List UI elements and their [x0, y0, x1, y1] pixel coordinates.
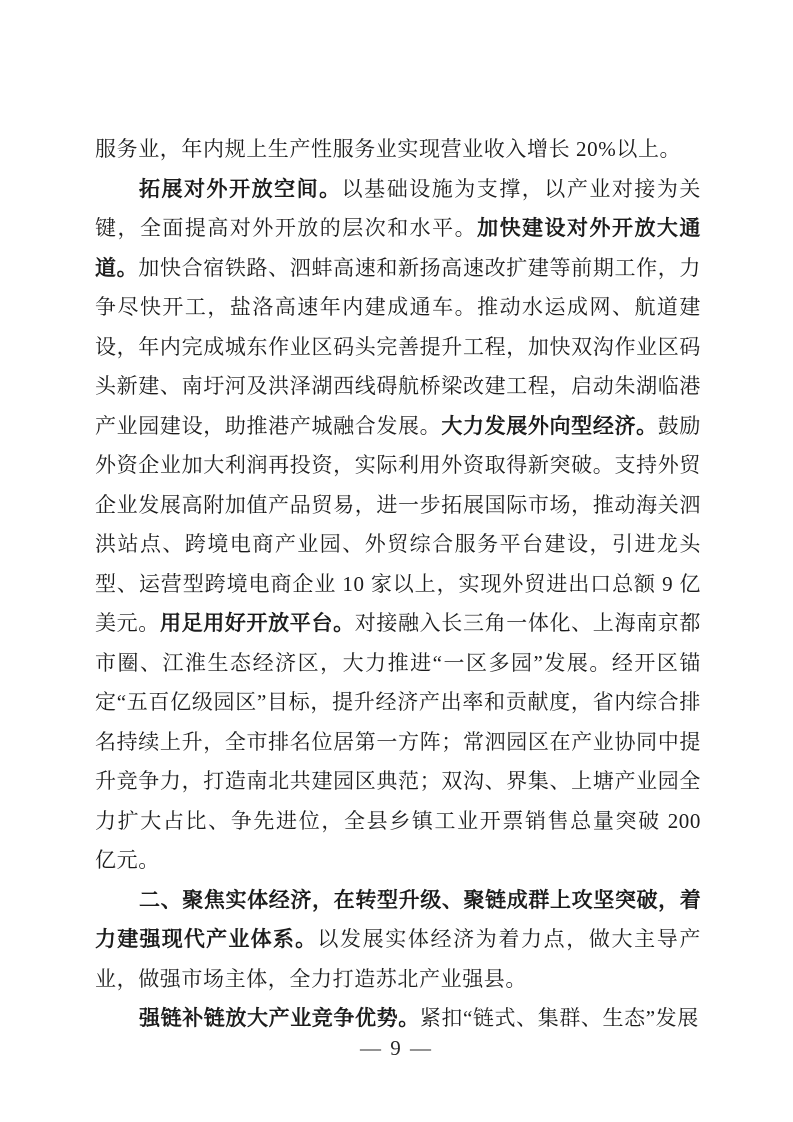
paragraph-section-two: 二、聚焦实体经济，在转型升级、聚链成群上攻坚突破，着力建强现代产业体系。以发展实… [95, 881, 701, 1000]
body-text: 服务业，年内规上生产性服务业实现营业收入增长 20%以上。 [95, 137, 681, 161]
bold-subheading: 大力发展外向型经济。 [441, 414, 657, 438]
page-number: — 9 — [360, 1036, 433, 1060]
body-text: 紧扣“链式、集群、生态”发展 [420, 1006, 699, 1030]
bold-subheading: 拓展对外开放空间。 [139, 177, 342, 201]
body-text: 对接融入长三角一体化、上海南京都市圈、江淮生态经济区，大力推进“一区多园”发展。… [95, 611, 701, 872]
page-footer: — 9 — [0, 1033, 793, 1063]
document-page: 服务业，年内规上生产性服务业实现营业收入增长 20%以上。 拓展对外开放空间。以… [0, 0, 793, 1122]
bold-subheading: 强链补链放大产业竞争优势。 [139, 1006, 420, 1030]
paragraph-continuation: 服务业，年内规上生产性服务业实现营业收入增长 20%以上。 [95, 130, 701, 170]
body-text: 加快合宿铁路、泗蚌高速和新扬高速改扩建等前期工作，力争尽快开工，盐洛高速年内建成… [95, 256, 701, 438]
paragraph-opening-up: 拓展对外开放空间。以基础设施为支撑，以产业对接为关键，全面提高对外开放的层次和水… [95, 170, 701, 881]
document-body: 服务业，年内规上生产性服务业实现营业收入增长 20%以上。 拓展对外开放空间。以… [95, 130, 701, 1039]
body-text: 鼓励外资企业加大利润再投资，实际利用外资取得新突破。支持外贸企业发展高附加值产品… [95, 414, 701, 636]
bold-subheading: 用足用好开放平台。 [160, 611, 355, 635]
